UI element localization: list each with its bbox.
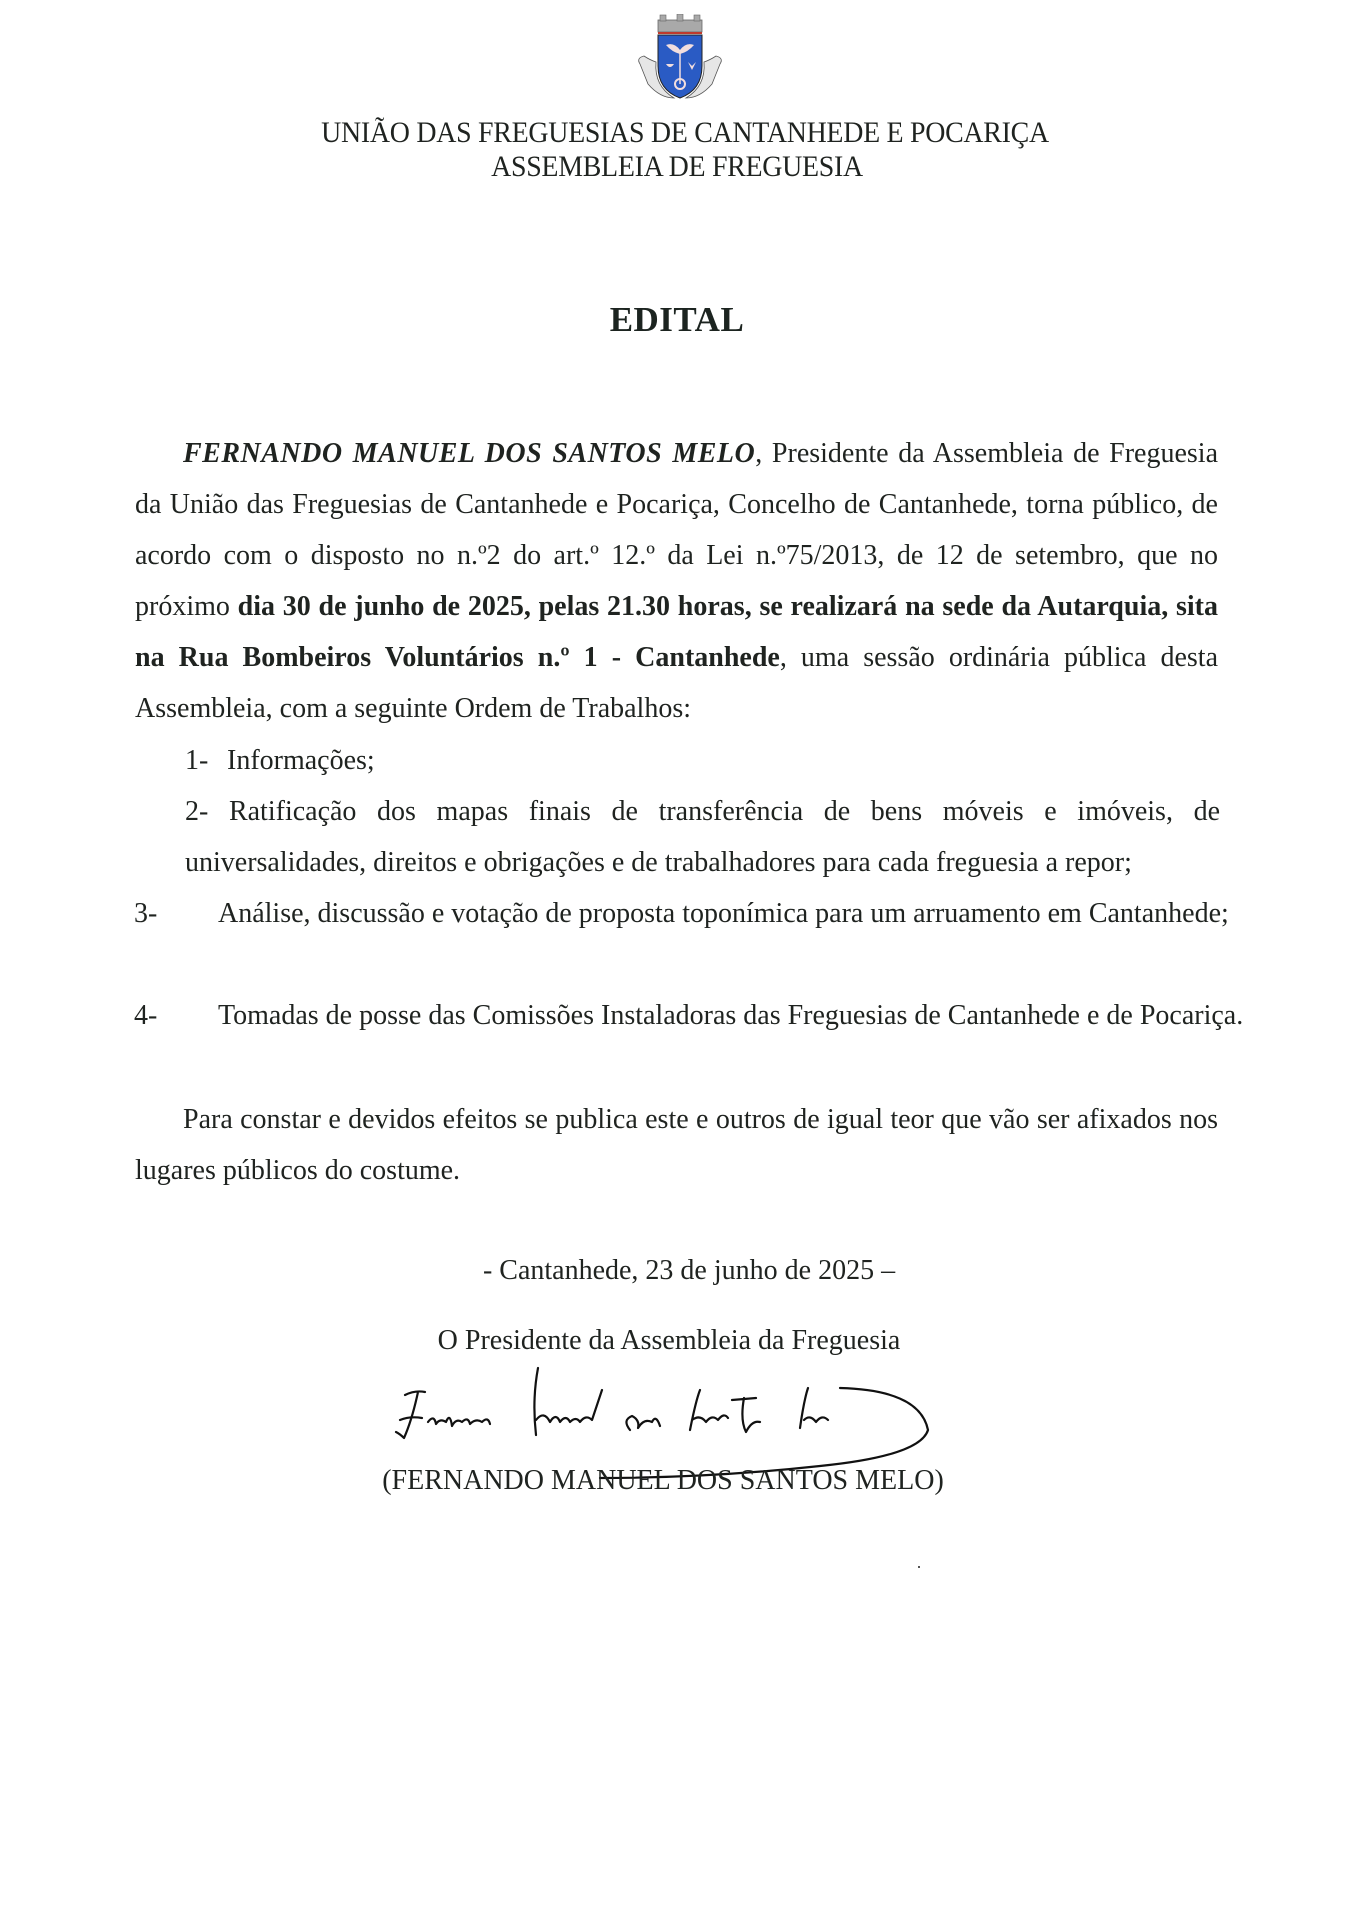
agenda-item-number: 3-: [176, 888, 218, 939]
agenda-item-number: 1-: [185, 735, 227, 786]
agenda-item-number: 4-: [176, 990, 218, 1041]
closing-paragraph: Para constar e devidos efeitos se public…: [135, 1094, 1218, 1196]
signatory-name: (FERNANDO MANUEL DOS SANTOS MELO): [0, 1465, 1340, 1497]
agenda-item: 1-Informações;: [185, 735, 1220, 786]
handwritten-signature-icon: [360, 1360, 1060, 1480]
dateline: - Cantanhede, 23 de junho de 2025 –: [12, 1255, 1354, 1287]
president-name: FERNANDO MANUEL DOS SANTOS MELO: [183, 438, 755, 469]
agenda-item-text: Tomadas de posse das Comissões Instalado…: [218, 1000, 1243, 1031]
scan-speck: [918, 1566, 920, 1568]
agenda-item-text: Análise, discussão e votação de proposta…: [218, 898, 1229, 929]
intro-paragraph: FERNANDO MANUEL DOS SANTOS MELO, Preside…: [135, 428, 1218, 734]
document-title: EDITAL: [0, 300, 1354, 340]
signatory-role: O Presidente da Assembleia da Freguesia: [0, 1325, 1346, 1357]
agenda-item: 3-Análise, discussão e votação de propos…: [176, 888, 1262, 939]
agenda-item-number: 2-: [185, 796, 208, 827]
parish-union-name: UNIÃO DAS FREGUESIAS DE CANTANHEDE E POC…: [55, 115, 1314, 151]
agenda-item: 2- Ratificação dos mapas finais de trans…: [185, 786, 1220, 888]
coat-of-arms-icon: [630, 14, 730, 104]
agenda-item: 4-Tomadas de posse das Comissões Instala…: [176, 990, 1262, 1041]
agenda-item-text: Informações;: [227, 745, 375, 776]
assembly-name: ASSEMBLEIA DE FREGUESIA: [47, 149, 1306, 185]
agenda-item-text: Ratificação dos mapas finais de transfer…: [185, 796, 1220, 878]
